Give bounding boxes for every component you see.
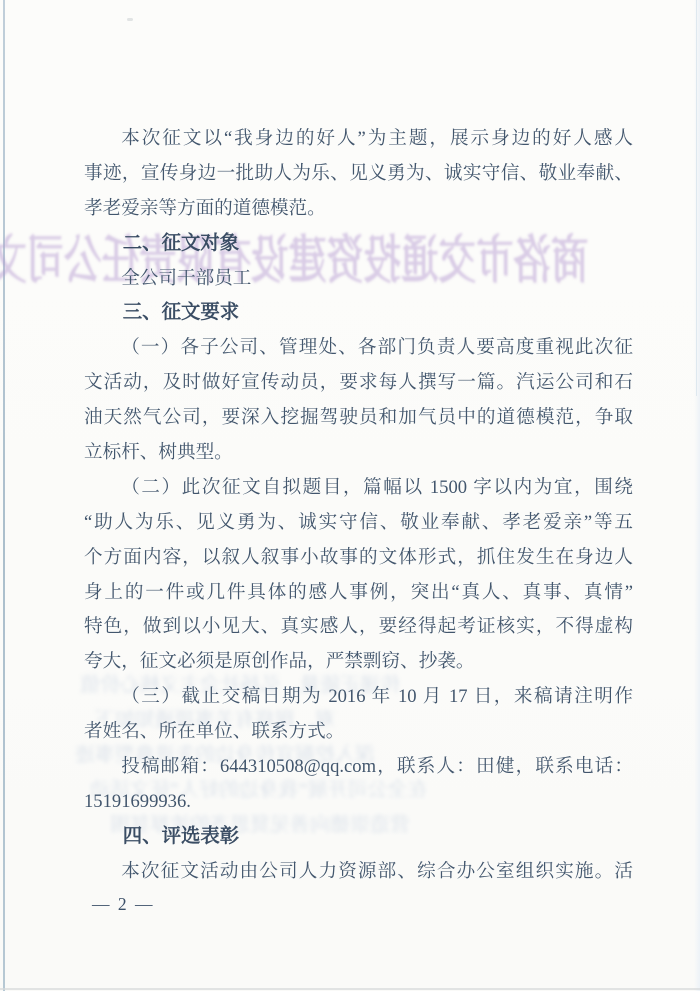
scan-edge-right-shade bbox=[694, 0, 700, 991]
section-heading: 二、征文对象 bbox=[84, 227, 633, 262]
text-line: 个方面内容，以叙人叙事小故事的文体形式，抓住发生在身边人 bbox=[84, 541, 633, 576]
text-line: 孝老爱亲等方面的道德模范。 bbox=[84, 192, 633, 227]
text-line: 本次征文活动由公司人力资源部、综合办公室组织实施。活 bbox=[84, 855, 633, 890]
text-line: 全公司干部员工 bbox=[84, 262, 633, 297]
text-line: 油天然气公司，要深入挖掘驾驶员和加气员中的道德模范，争取 bbox=[84, 401, 633, 436]
text-line: 本次征文以“我身边的好人”为主题，展示身边的好人感人 bbox=[84, 122, 633, 157]
scan-edge-right-line bbox=[696, 0, 697, 396]
text-line: 夸大，征文必须是原创作品，严禁剽窃、抄袭。 bbox=[84, 645, 633, 680]
text-line: “助人为乐、见义勇为、诚实守信、敬业奉献、孝老爱亲”等五 bbox=[84, 506, 633, 541]
scan-edge-bottom-line bbox=[0, 988, 700, 990]
text-line: 事迹，宣传身边一批助人为乐、见义勇为、诚实守信、敬业奉献、 bbox=[84, 157, 633, 192]
text-line: （一）各子公司、管理处、各部门负责人要高度重视此次征 bbox=[84, 331, 633, 366]
section-heading: 三、征文要求 bbox=[84, 296, 633, 331]
document-body: 本次征文以“我身边的好人”为主题，展示身边的好人感人事迹，宣传身边一批助人为乐、… bbox=[84, 122, 633, 890]
text-line: 特色，做到以小见大、真实感人，要经得起考证核实，不得虚构 bbox=[84, 610, 633, 645]
text-line: （三）截止交稿日期为 2016 年 10 月 17 日，来稿请注明作 bbox=[84, 680, 633, 715]
text-line: 投稿邮箱：644310508@qq.com，联系人：田健，联系电话： bbox=[84, 750, 633, 785]
scan-edge-left-line bbox=[3, 0, 5, 991]
text-line: （二）此次征文自拟题目，篇幅以 1500 字以内为宜，围绕 bbox=[84, 471, 633, 506]
text-line: 文活动，及时做好宣传动员，要求每人撰写一篇。汽运公司和石 bbox=[84, 366, 633, 401]
text-line: 者姓名、所在单位、联系方式。 bbox=[84, 715, 633, 750]
text-line: 15191699936. bbox=[84, 785, 633, 820]
page-number: — 2 — bbox=[92, 894, 155, 915]
scanned-document-page: 商洛市交通投资建设有限责任公司文件 传递正能量，弘扬社会主义核心价值观，现将有关… bbox=[0, 0, 700, 991]
section-heading: 四、评选表彰 bbox=[84, 820, 633, 855]
text-line: 立标杆、树典型。 bbox=[84, 436, 633, 471]
scan-speck bbox=[127, 18, 133, 21]
text-line: 身上的一件或几件具体的感人事例，突出“真人、真事、真情” bbox=[84, 576, 633, 611]
